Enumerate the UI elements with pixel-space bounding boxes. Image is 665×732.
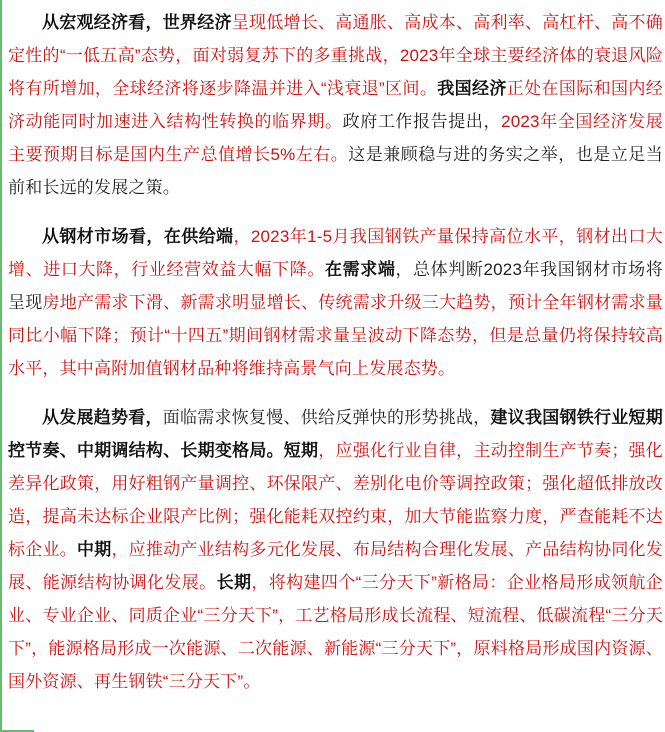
text-run-normal: 政府工作报告提出， bbox=[343, 112, 502, 131]
text-run-red: 房地产需求下滑、新需求明显增长、传统需求升级三大趋势，预计全年钢材需求量同比小幅… bbox=[8, 293, 663, 378]
text-run-bold: 在需求端 bbox=[325, 260, 395, 279]
text-run-normal: 面临需求恢复慢、供给反弹快的形势挑战， bbox=[163, 408, 491, 427]
paragraph: 从钢材市场看，在供给端，2023年1-5月我国钢铁产量保持高位水平，钢材出口大增… bbox=[8, 220, 663, 385]
article-page: 从宏观经济看，世界经济呈现低增长、高通胀、高成本、高利率、高杠杆、高不确定性的“… bbox=[0, 0, 665, 732]
text-run-bold: 我国经济 bbox=[437, 79, 507, 98]
text-run-bold: 中期 bbox=[77, 540, 111, 559]
paragraph: 从宏观经济看，世界经济呈现低增长、高通胀、高成本、高利率、高杠杆、高不确定性的“… bbox=[8, 6, 663, 204]
paragraph: 从发展趋势看，面临需求恢复慢、供给反弹快的形势挑战，建议我国钢铁行业短期控节奏、… bbox=[8, 401, 663, 698]
text-run-bold: 从发展趋势看， bbox=[42, 408, 163, 427]
text-run-bold: 从宏观经济看，世界经济 bbox=[42, 13, 232, 32]
text-run-bold: 长期 bbox=[217, 573, 252, 592]
article-body: 从宏观经济看，世界经济呈现低增长、高通胀、高成本、高利率、高杠杆、高不确定性的“… bbox=[2, 0, 663, 714]
text-run-bold: 从钢材市场看，在供给端 bbox=[42, 227, 233, 246]
